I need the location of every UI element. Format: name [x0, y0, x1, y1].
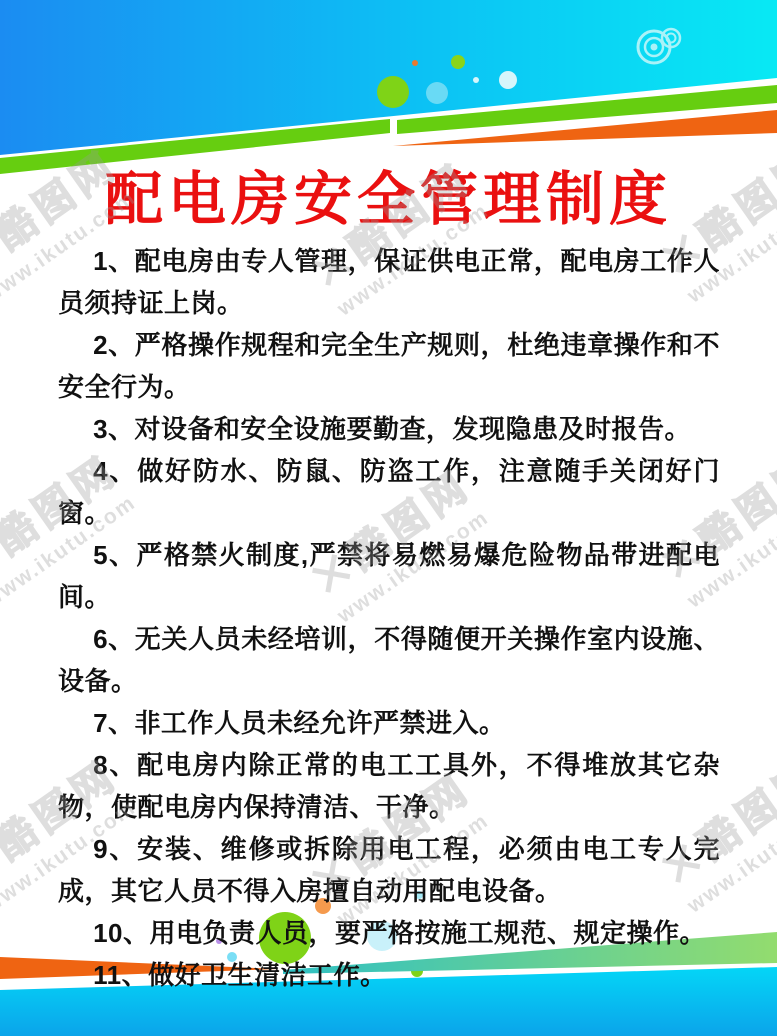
rule-item: 9、安装、维修或拆除用电工程，必须由电工专人完成，其它人员不得入房擅自动用配电设…: [58, 828, 720, 912]
top-dot-orange: [412, 60, 418, 66]
rule-item: 5、严格禁火制度,严禁将易燃易爆危险物品带进配电间。: [58, 534, 720, 618]
rule-item: 7、非工作人员未经允许严禁进入。: [58, 702, 720, 744]
top-circle-pale: [499, 71, 517, 89]
top-circle-green: [377, 76, 409, 108]
top-circle-lightblue: [426, 82, 448, 104]
rule-item: 6、无关人员未经培训，不得随便开关操作室内设施、设备。: [58, 618, 720, 702]
poster-title: 配电房安全管理制度: [0, 152, 777, 236]
rule-item: 11、做好卫生清洁工作。: [58, 954, 720, 996]
rule-item: 1、配电房由专人管理，保证供电正常，配电房工作人员须持证上岗。: [58, 240, 720, 324]
rule-item: 10、用电负责人员，要严格按施工规范、规定操作。: [58, 912, 720, 954]
top-dot-pale: [473, 77, 479, 83]
rule-item: 3、对设备和安全设施要勤查，发现隐患及时报告。: [58, 408, 720, 450]
safety-poster: 配电房安全管理制度 1、配电房由专人管理，保证供电正常，配电房工作人员须持证上岗…: [0, 0, 777, 1036]
rule-item: 2、严格操作规程和完全生产规则，杜绝违章操作和不安全行为。: [58, 324, 720, 408]
rule-item: 8、配电房内除正常的电工工具外，不得堆放其它杂物，使配电房内保持清洁、干净。: [58, 744, 720, 828]
rule-item: 4、做好防水、防鼠、防盗工作，注意随手关闭好门窗。: [58, 450, 720, 534]
rules-list: 1、配电房由专人管理，保证供电正常，配电房工作人员须持证上岗。2、严格操作规程和…: [58, 240, 720, 996]
top-circle-small-green: [451, 55, 465, 69]
